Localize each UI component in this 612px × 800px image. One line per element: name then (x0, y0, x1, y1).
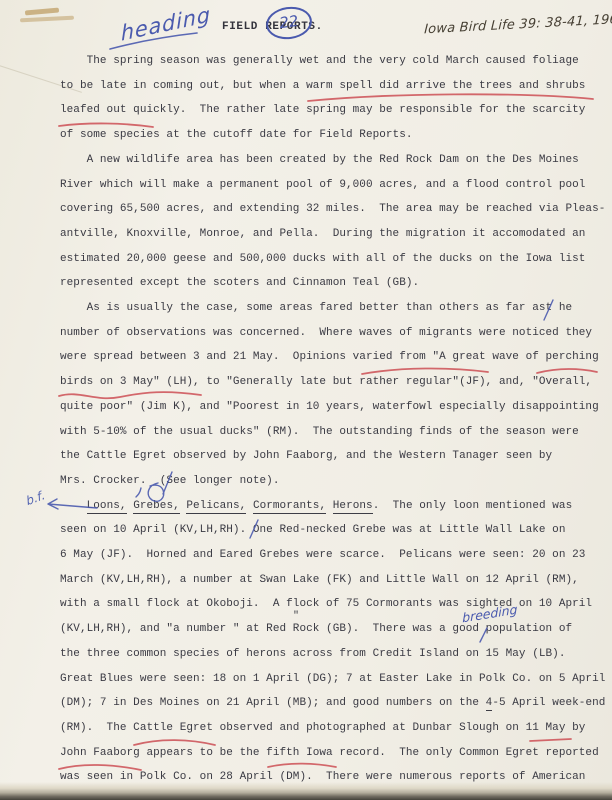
typed-line: March (KV,LH,RH), a number at Swan Lake … (60, 574, 579, 586)
typed-text: As is usually the case, some areas fared… (60, 302, 572, 314)
underlined-text: Cormorants, (253, 500, 326, 514)
typed-correction-mark: " (293, 611, 299, 622)
typed-text: 6 May (JF). Horned and Eared Grebes were… (60, 549, 585, 561)
underlined-text: Herons (333, 500, 373, 514)
typed-line: A new wildlife area has been created by … (60, 154, 579, 166)
typed-text: covering 65,500 acres, and extending 32 … (60, 203, 605, 215)
red-underline-11-may (530, 739, 571, 741)
typed-text: of some species at the cutoff date for F… (60, 129, 413, 141)
typed-line: birds on 3 May" (LH), to "Generally late… (60, 376, 592, 388)
tape-stain (25, 8, 59, 16)
typed-text: A new wildlife area has been created by … (60, 154, 579, 166)
typed-text: (DM); 7 in Des Moines on 21 April (MB); … (60, 697, 486, 709)
typed-text: Great Blues were seen: 18 on 1 April (DG… (60, 673, 605, 685)
typed-text: seen on 10 April (KV,LH,RH). One Red-nec… (60, 524, 565, 536)
typed-text: (KV,LH,RH), and "a number " at Red Rock … (60, 623, 572, 635)
typed-line: were spread between 3 and 21 May. Opinio… (60, 351, 599, 363)
typed-text: (RM). The Cattle Egret observed and phot… (60, 722, 585, 734)
typed-line: (KV,LH,RH), and "a number " at Red Rock … (60, 623, 572, 635)
typed-line: The spring season was generally wet and … (60, 55, 579, 67)
typed-line: antville, Knoxville, Monroe, and Pella. … (60, 228, 585, 240)
typed-line: covering 65,500 acres, and extending 32 … (60, 203, 605, 215)
typed-text (326, 500, 333, 512)
typed-text: leafed out quickly. The rather late spri… (60, 104, 585, 116)
typed-text: were spread between 3 and 21 May. Opinio… (60, 351, 599, 363)
blue-comma-crocker (136, 488, 141, 497)
red-mark-overall (537, 369, 597, 373)
typed-text: -5 April week-end (492, 697, 605, 709)
typed-text (60, 500, 87, 512)
typed-text: represented except the scoters and Cinna… (60, 277, 419, 289)
typed-text: birds on 3 May" (LH), to "Generally late… (60, 376, 592, 388)
typed-line: the three common species of herons acros… (60, 648, 565, 660)
handwritten-citation: Iowa Bird Life 39: 38-41, 1969 (424, 12, 612, 38)
document-page: FIELD REPORTS. The spring season was gen… (0, 0, 612, 800)
typed-text: to be late in coming out, but when a war… (60, 80, 585, 92)
page-number: 22 (278, 12, 299, 32)
typed-text: The spring season was generally wet and … (60, 55, 579, 67)
typed-text: with 5-10% of the usual ducks" (RM). The… (60, 426, 579, 438)
typed-line: with 5-10% of the usual ducks" (RM). The… (60, 426, 579, 438)
typed-line: quite poor" (Jim K), and "Poorest in 10 … (60, 401, 599, 413)
tape-stain (20, 16, 74, 23)
red-mark-regular-jf (362, 368, 488, 374)
typed-line: Loons, Grebes, Pelicans, Cormorants, Her… (60, 500, 572, 512)
typed-line: (DM); 7 in Des Moines on 21 April (MB); … (60, 697, 605, 709)
typed-line: As is usually the case, some areas fared… (60, 302, 572, 314)
underlined-text: Grebes, (133, 500, 180, 514)
red-underline-birds-3-may (59, 392, 201, 398)
typed-text: the Cattle Egret observed by John Faabor… (60, 450, 552, 462)
page-bottom-edge (0, 782, 612, 800)
typed-text (246, 500, 253, 512)
underlined-text: Loons, (87, 500, 127, 514)
red-underline-cattle-egret (134, 740, 215, 745)
typed-line: to be late in coming out, but when a war… (60, 80, 585, 92)
red-underline-fifth-iowa (268, 764, 336, 767)
typed-text: quite poor" (Jim K), and "Poorest in 10 … (60, 401, 599, 413)
typed-line: Great Blues were seen: 18 on 1 April (DG… (60, 673, 605, 685)
typed-text: number of observations was concerned. Wh… (60, 327, 592, 339)
typed-line: Mrs. Crocker. (See longer note). (60, 475, 280, 487)
typed-line: 6 May (JF). Horned and Eared Grebes were… (60, 549, 585, 561)
typed-text: . The only loon mentioned was (373, 500, 573, 512)
typed-line: number of observations was concerned. Wh… (60, 327, 592, 339)
handwritten-heading-note: heading (121, 2, 212, 45)
typed-text: Mrs. Crocker. (See longer note). (60, 475, 280, 487)
typed-line: John Faaborg appears to be the fifth Iow… (60, 747, 599, 759)
typed-text: John Faaborg appears to be the fifth Iow… (60, 747, 599, 759)
underlined-text: Pelicans, (186, 500, 246, 514)
typed-text: River which will make a permanent pool o… (60, 179, 585, 191)
handwritten-boldface-mark: b.f. (25, 488, 47, 508)
typed-line: the Cattle Egret observed by John Faabor… (60, 450, 552, 462)
typed-line: seen on 10 April (KV,LH,RH). One Red-nec… (60, 524, 565, 536)
red-underline-warm-spell (308, 94, 593, 101)
typed-text: the three common species of herons acros… (60, 648, 565, 660)
red-underline-john-faaborg (59, 765, 141, 770)
circled-page-number: 22 (264, 4, 314, 42)
red-underline-leafed-out (59, 123, 153, 127)
typed-line: estimated 20,000 geese and 500,000 ducks… (60, 253, 585, 265)
typed-text: antville, Knoxville, Monroe, and Pella. … (60, 228, 585, 240)
typed-text: estimated 20,000 geese and 500,000 ducks… (60, 253, 585, 265)
typed-line: represented except the scoters and Cinna… (60, 277, 419, 289)
typed-line: leafed out quickly. The rather late spri… (60, 104, 585, 116)
typed-line: River which will make a permanent pool o… (60, 179, 585, 191)
typed-text: March (KV,LH,RH), a number at Swan Lake … (60, 574, 579, 586)
typed-line: of some species at the cutoff date for F… (60, 129, 413, 141)
typed-line: (RM). The Cattle Egret observed and phot… (60, 722, 585, 734)
